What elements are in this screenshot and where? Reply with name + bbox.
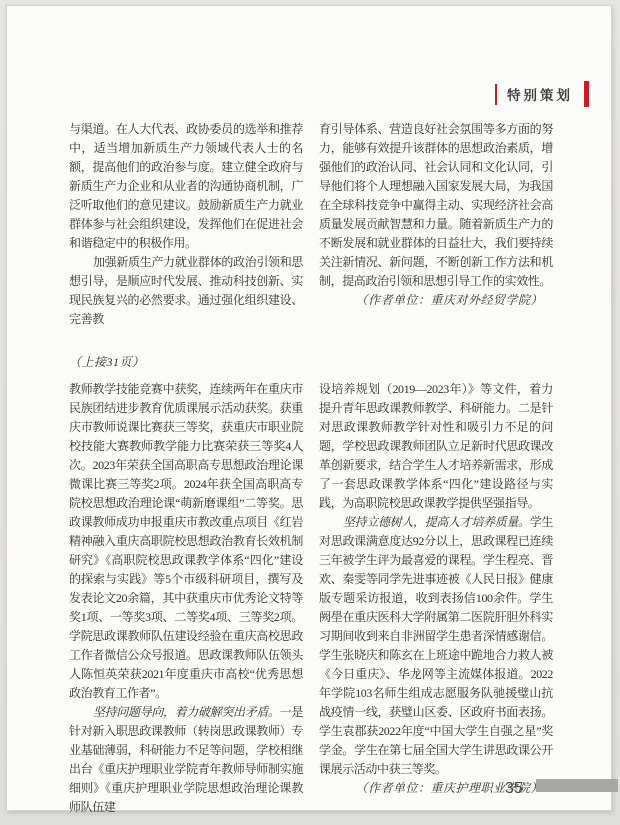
article1-left-column: 与渠道。在人大代表、政协委员的选举和推荐中，适当增加新质生产力领域代表人士的名额… <box>69 120 303 329</box>
page-number: 35 <box>505 780 523 798</box>
paragraph-lead: 坚持问题导向，着力破解突出矛盾。 <box>93 705 280 719</box>
paragraph-text: 一是针对新入职思政课教师（转岗思政课教师）专业基础薄弱，科研能力不足等问题，学校… <box>69 705 303 814</box>
paragraph-text: 学生对思政课满意度达92分以上，思政课程已连续三年被学生评为最喜爱的课程。学生程… <box>319 515 553 776</box>
body-paragraph: 育引导体系、营造良好社会氛围等多方面的努力，能够有效提升该群体的思想政治素质，增… <box>319 120 553 291</box>
body-paragraph: 教师教学技能竞赛中获奖，连续两年在重庆市民族团结进步教育优质课展示活动获奖。获重… <box>69 380 303 703</box>
scanned-magazine-page: 特别策划 与渠道。在人大代表、政协委员的选举和推荐中，适当增加新质生产力领域代表… <box>0 0 620 825</box>
footer-gray-bar <box>536 779 618 792</box>
article1-right-column: 育引导体系、营造良好社会氛围等多方面的努力，能够有效提升该群体的思想政治素质，增… <box>319 120 553 310</box>
body-paragraph: 加强新质生产力就业群体的政治引领和思想引导，是顺应时代发展、推动科技创新、实现民… <box>69 253 303 329</box>
paragraph-lead: 坚持立德树人，提高人才培养质量。 <box>343 515 530 529</box>
section-header: 特别策划 <box>495 80 589 108</box>
continued-from-note: （上接31页） <box>69 353 145 370</box>
page-sheet: 特别策划 与渠道。在人大代表、政协委员的选举和推荐中，适当增加新质生产力领域代表… <box>6 5 612 811</box>
body-paragraph: 设培养规划（2019—2023年）》等文件，着力提升青年思政课教师教学、科研能力… <box>319 380 553 513</box>
body-paragraph: 坚持立德树人，提高人才培养质量。学生对思政课满意度达92分以上，思政课程已连续三… <box>319 513 553 779</box>
article2-left-column: 教师教学技能竞赛中获奖，连续两年在重庆市民族团结进步教育优质课展示活动获奖。获重… <box>69 380 303 817</box>
author-affiliation: （作者单位：重庆对外经贸学院） <box>319 291 553 310</box>
section-title: 特别策划 <box>507 84 573 104</box>
red-accent-bar <box>584 81 589 107</box>
red-thin-rule <box>495 84 497 105</box>
article2-right-column: 设培养规划（2019—2023年）》等文件，着力提升青年思政课教师教学、科研能力… <box>319 380 553 798</box>
body-paragraph: 坚持问题导向，着力破解突出矛盾。一是针对新入职思政课教师（转岗思政课教师）专业基… <box>69 703 303 817</box>
body-paragraph: 与渠道。在人大代表、政协委员的选举和推荐中，适当增加新质生产力领域代表人士的名额… <box>69 120 303 253</box>
